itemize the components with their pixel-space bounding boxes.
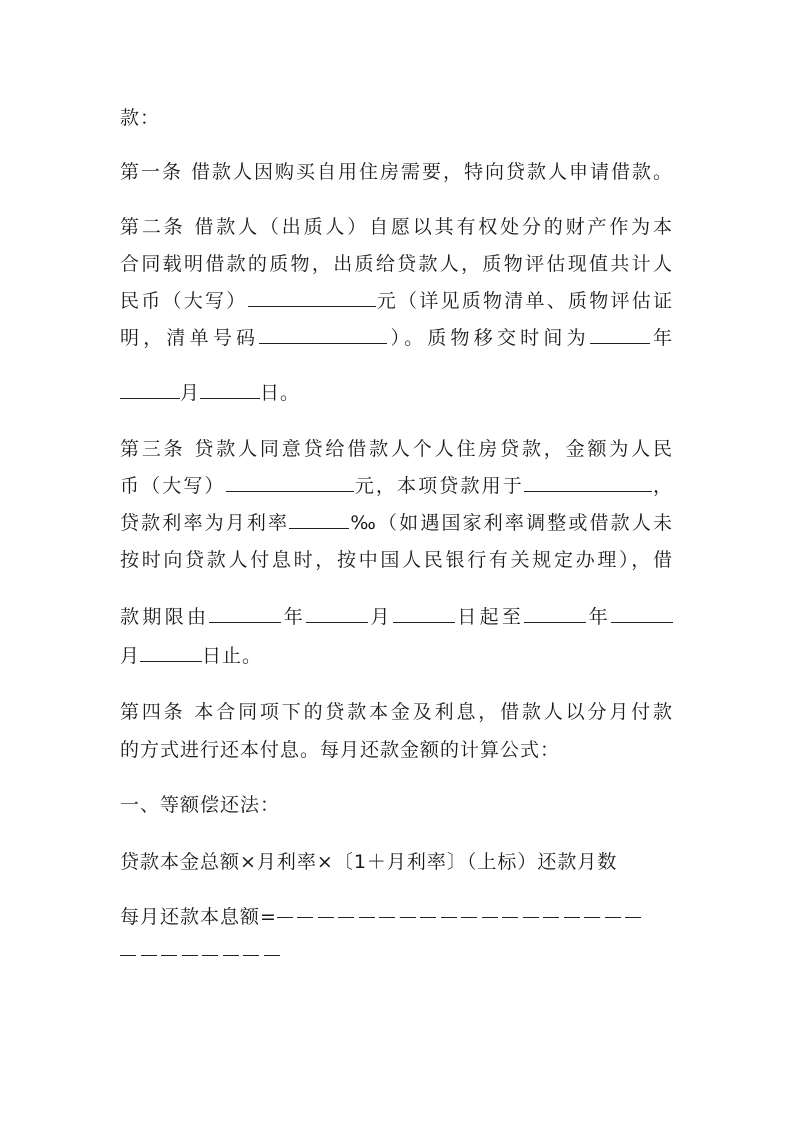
dash bbox=[277, 917, 293, 919]
blank-list-number[interactable] bbox=[259, 325, 387, 344]
article-3-line-4: 按时向贷款人付息时，按中国人民银行有关规定办理），借 bbox=[120, 547, 673, 573]
article-3-line-1: 第三条 贷款人同意贷给借款人个人住房贷款，金额为人民 bbox=[120, 436, 673, 462]
fraction-bar bbox=[277, 906, 646, 928]
text: ‰（如遇国家利率调整或借款人未 bbox=[349, 512, 673, 534]
dash bbox=[338, 917, 354, 919]
blank-start-month[interactable] bbox=[306, 604, 368, 623]
text: ， bbox=[652, 475, 673, 497]
text: 年 bbox=[650, 327, 673, 349]
dash bbox=[400, 917, 416, 919]
article-2-line-3: 民币（大写）元（详见质物清单、质物评估证 bbox=[120, 288, 673, 314]
article-2-line-2: 合同载明借款的质物，出质给贷款人，质物评估现值共计人 bbox=[120, 251, 673, 277]
dash bbox=[523, 917, 539, 919]
dash bbox=[441, 917, 457, 919]
dash bbox=[264, 955, 280, 957]
text: 月 bbox=[368, 606, 393, 628]
method-1-title: 一、等额偿还法： bbox=[120, 792, 673, 818]
text: 日。 bbox=[260, 382, 300, 404]
text: 元（详见质物清单、质物评估证 bbox=[376, 290, 673, 312]
dash bbox=[318, 917, 334, 919]
blank-end-day[interactable] bbox=[140, 643, 202, 662]
article-4-line-1: 第四条 本合同项下的贷款本金及利息，借款人以分月付款 bbox=[120, 699, 673, 725]
text: 明，清单号码 bbox=[120, 327, 259, 349]
formula-line-2 bbox=[120, 942, 673, 968]
article-4-line-2: 的方式进行还本付息。每月还款金额的计算公式： bbox=[120, 737, 673, 763]
article-3-line-6: 月日止。 bbox=[120, 643, 673, 669]
text: 月 bbox=[180, 382, 200, 404]
text: 日止。 bbox=[202, 645, 262, 667]
text: 年 bbox=[586, 606, 611, 628]
formula-lhs: 每月还款本息额= bbox=[120, 906, 277, 928]
text: 日起至 bbox=[455, 606, 524, 628]
dash bbox=[625, 917, 641, 919]
blank-collateral-value[interactable] bbox=[248, 288, 376, 307]
document-page: 款： 第一条 借款人因购买自用住房需要，特向贷款人申请借款。 第二条 借款人（出… bbox=[0, 0, 793, 1122]
dash bbox=[182, 955, 198, 957]
dash bbox=[420, 917, 436, 919]
dash bbox=[543, 917, 559, 919]
blank-loan-amount[interactable] bbox=[226, 473, 354, 492]
formula-line-1: 每月还款本息额= bbox=[120, 904, 673, 930]
fraction-bar-continued bbox=[120, 944, 284, 966]
blank-monthly-rate[interactable] bbox=[289, 510, 349, 529]
blank-start-day[interactable] bbox=[393, 604, 455, 623]
dash bbox=[564, 917, 580, 919]
article-3-line-2: 币（大写）元，本项贷款用于， bbox=[120, 473, 673, 499]
dash bbox=[141, 955, 157, 957]
blank-transfer-year[interactable] bbox=[590, 325, 650, 344]
dash bbox=[482, 917, 498, 919]
text: 币（大写） bbox=[120, 475, 226, 497]
blank-transfer-month-prefix[interactable] bbox=[120, 380, 180, 399]
article-2-line-5: 月日。 bbox=[120, 380, 673, 406]
dash bbox=[243, 955, 259, 957]
article-3-line-3: 贷款利率为月利率‰（如遇国家利率调整或借款人未 bbox=[120, 510, 673, 536]
blank-loan-purpose[interactable] bbox=[524, 473, 652, 492]
dash bbox=[605, 917, 621, 919]
text: ）。质物移交时间为 bbox=[387, 327, 590, 349]
blank-end-month-prefix[interactable] bbox=[611, 604, 673, 623]
text: 月 bbox=[120, 645, 140, 667]
dash bbox=[379, 917, 395, 919]
article-2-line-1: 第二条 借款人（出质人）自愿以其有权处分的财产作为本 bbox=[120, 214, 673, 240]
dash bbox=[223, 955, 239, 957]
article-1-line-1: 第一条 借款人因购买自用住房需要，特向贷款人申请借款。 bbox=[120, 159, 673, 185]
dash bbox=[359, 917, 375, 919]
dash bbox=[502, 917, 518, 919]
text: 贷款利率为月利率 bbox=[120, 512, 289, 534]
text: 元，本项贷款用于 bbox=[354, 475, 524, 497]
dash bbox=[161, 955, 177, 957]
dash bbox=[202, 955, 218, 957]
blank-end-year[interactable] bbox=[524, 604, 586, 623]
formula-numerator: 贷款本金总额×月利率×〔1＋月利率〕（上标）还款月数 bbox=[120, 849, 673, 875]
text: 年 bbox=[281, 606, 306, 628]
text: 民币（大写） bbox=[120, 290, 248, 312]
text: 款期限由 bbox=[120, 606, 209, 628]
dash bbox=[120, 955, 136, 957]
dash bbox=[584, 917, 600, 919]
article-3-line-5: 款期限由年月日起至年 bbox=[120, 604, 673, 630]
intro-tail: 款： bbox=[120, 105, 673, 131]
article-2-line-4: 明，清单号码）。质物移交时间为年 bbox=[120, 325, 673, 351]
blank-transfer-day[interactable] bbox=[200, 380, 260, 399]
blank-start-year[interactable] bbox=[209, 604, 281, 623]
dash bbox=[297, 917, 313, 919]
dash bbox=[461, 917, 477, 919]
